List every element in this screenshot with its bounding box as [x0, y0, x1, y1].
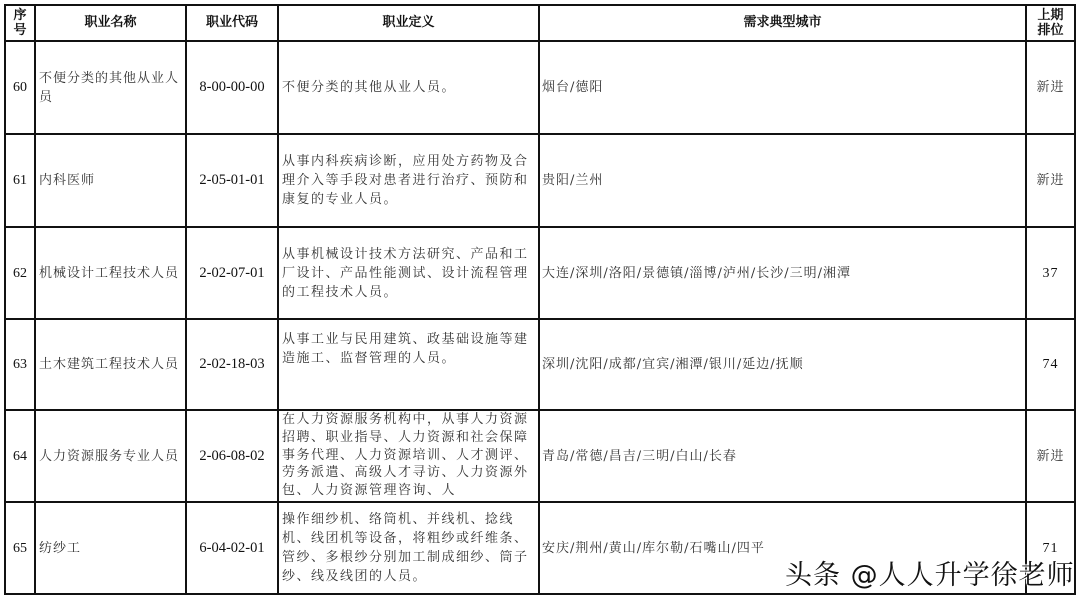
cell-name: 土木建筑工程技术人员	[35, 319, 186, 410]
cell-cities: 青岛/常德/昌吉/三明/白山/长春	[539, 410, 1026, 502]
table-row: 62 机械设计工程技术人员 2-02-07-01 从事机械设计技术方法研究、产品…	[5, 227, 1075, 319]
definition-text: 在人力资源服务机构中，从事人力资源招聘、职业指导、人力资源和社会保障事务代理、人…	[282, 411, 536, 500]
cell-seq: 63	[5, 319, 35, 410]
table-header-row: 序号 职业名称 职业代码 职业定义 需求典型城市 上期排位	[5, 5, 1075, 41]
cell-prev-rank: 新进	[1026, 410, 1075, 502]
cell-cities: 深圳/沈阳/成都/宜宾/湘潭/银川/延边/抚顺	[539, 319, 1026, 410]
cell-definition: 在人力资源服务机构中，从事人力资源招聘、职业指导、人力资源和社会保障事务代理、人…	[278, 410, 539, 502]
cell-name: 纺纱工	[35, 502, 186, 594]
table-row: 61 内科医师 2-05-01-01 从事内科疾病诊断，应用处方药物及合理介入等…	[5, 134, 1075, 227]
cell-seq: 61	[5, 134, 35, 227]
cell-name: 内科医师	[35, 134, 186, 227]
cell-code: 2-02-07-01	[186, 227, 278, 319]
cell-seq: 64	[5, 410, 35, 502]
cell-cities: 烟台/德阳	[539, 41, 1026, 134]
definition-text: 不便分类的其他从业人员。	[282, 78, 536, 97]
cell-code: 2-05-01-01	[186, 134, 278, 227]
cell-definition: 不便分类的其他从业人员。	[278, 41, 539, 134]
header-seq: 序号	[5, 5, 35, 41]
header-cities: 需求典型城市	[539, 5, 1026, 41]
header-name: 职业名称	[35, 5, 186, 41]
cell-seq: 62	[5, 227, 35, 319]
definition-text: 从事工业与民用建筑、政基础设施等建造施工、监督管理的人员。	[282, 330, 536, 368]
definition-text: 从事机械设计技术方法研究、产品和工厂设计、产品性能测试、设计流程管理的工程技术人…	[282, 245, 536, 302]
cell-seq: 60	[5, 41, 35, 134]
cell-prev-rank: 74	[1026, 319, 1075, 410]
watermark-text: 头条 @人人升学徐老师	[785, 553, 1075, 592]
header-code: 职业代码	[186, 5, 278, 41]
cell-code: 2-02-18-03	[186, 319, 278, 410]
table-row: 63 土木建筑工程技术人员 2-02-18-03 从事工业与民用建筑、政基础设施…	[5, 319, 1075, 410]
cell-name: 人力资源服务专业人员	[35, 410, 186, 502]
cell-definition: 从事工业与民用建筑、政基础设施等建造施工、监督管理的人员。	[278, 319, 539, 410]
cell-prev-rank: 新进	[1026, 134, 1075, 227]
cell-definition: 从事机械设计技术方法研究、产品和工厂设计、产品性能测试、设计流程管理的工程技术人…	[278, 227, 539, 319]
definition-text: 操作细纱机、络筒机、并线机、捻线机、线团机等设备，将粗纱或纤维条、管纱、多根纱分…	[282, 510, 536, 586]
occupation-table-container: 序号 职业名称 职业代码 职业定义 需求典型城市 上期排位 60 不便分类的其他…	[4, 4, 1076, 595]
header-prev-rank: 上期排位	[1026, 5, 1075, 41]
cell-seq: 65	[5, 502, 35, 594]
cell-name: 不便分类的其他从业人员	[35, 41, 186, 134]
header-definition: 职业定义	[278, 5, 539, 41]
cell-cities: 贵阳/兰州	[539, 134, 1026, 227]
cell-code: 6-04-02-01	[186, 502, 278, 594]
cell-name: 机械设计工程技术人员	[35, 227, 186, 319]
cell-code: 8-00-00-00	[186, 41, 278, 134]
occupation-demand-table: 序号 职业名称 职业代码 职业定义 需求典型城市 上期排位 60 不便分类的其他…	[4, 4, 1076, 595]
table-row: 60 不便分类的其他从业人员 8-00-00-00 不便分类的其他从业人员。 烟…	[5, 41, 1075, 134]
cell-definition: 从事内科疾病诊断，应用处方药物及合理介入等手段对患者进行治疗、预防和康复的专业人…	[278, 134, 539, 227]
cell-code: 2-06-08-02	[186, 410, 278, 502]
cell-prev-rank: 37	[1026, 227, 1075, 319]
cell-definition: 操作细纱机、络筒机、并线机、捻线机、线团机等设备，将粗纱或纤维条、管纱、多根纱分…	[278, 502, 539, 594]
cell-prev-rank: 新进	[1026, 41, 1075, 134]
cell-cities: 大连/深圳/洛阳/景德镇/淄博/泸州/长沙/三明/湘潭	[539, 227, 1026, 319]
table-row: 64 人力资源服务专业人员 2-06-08-02 在人力资源服务机构中，从事人力…	[5, 410, 1075, 502]
definition-text: 从事内科疾病诊断，应用处方药物及合理介入等手段对患者进行治疗、预防和康复的专业人…	[282, 152, 536, 209]
